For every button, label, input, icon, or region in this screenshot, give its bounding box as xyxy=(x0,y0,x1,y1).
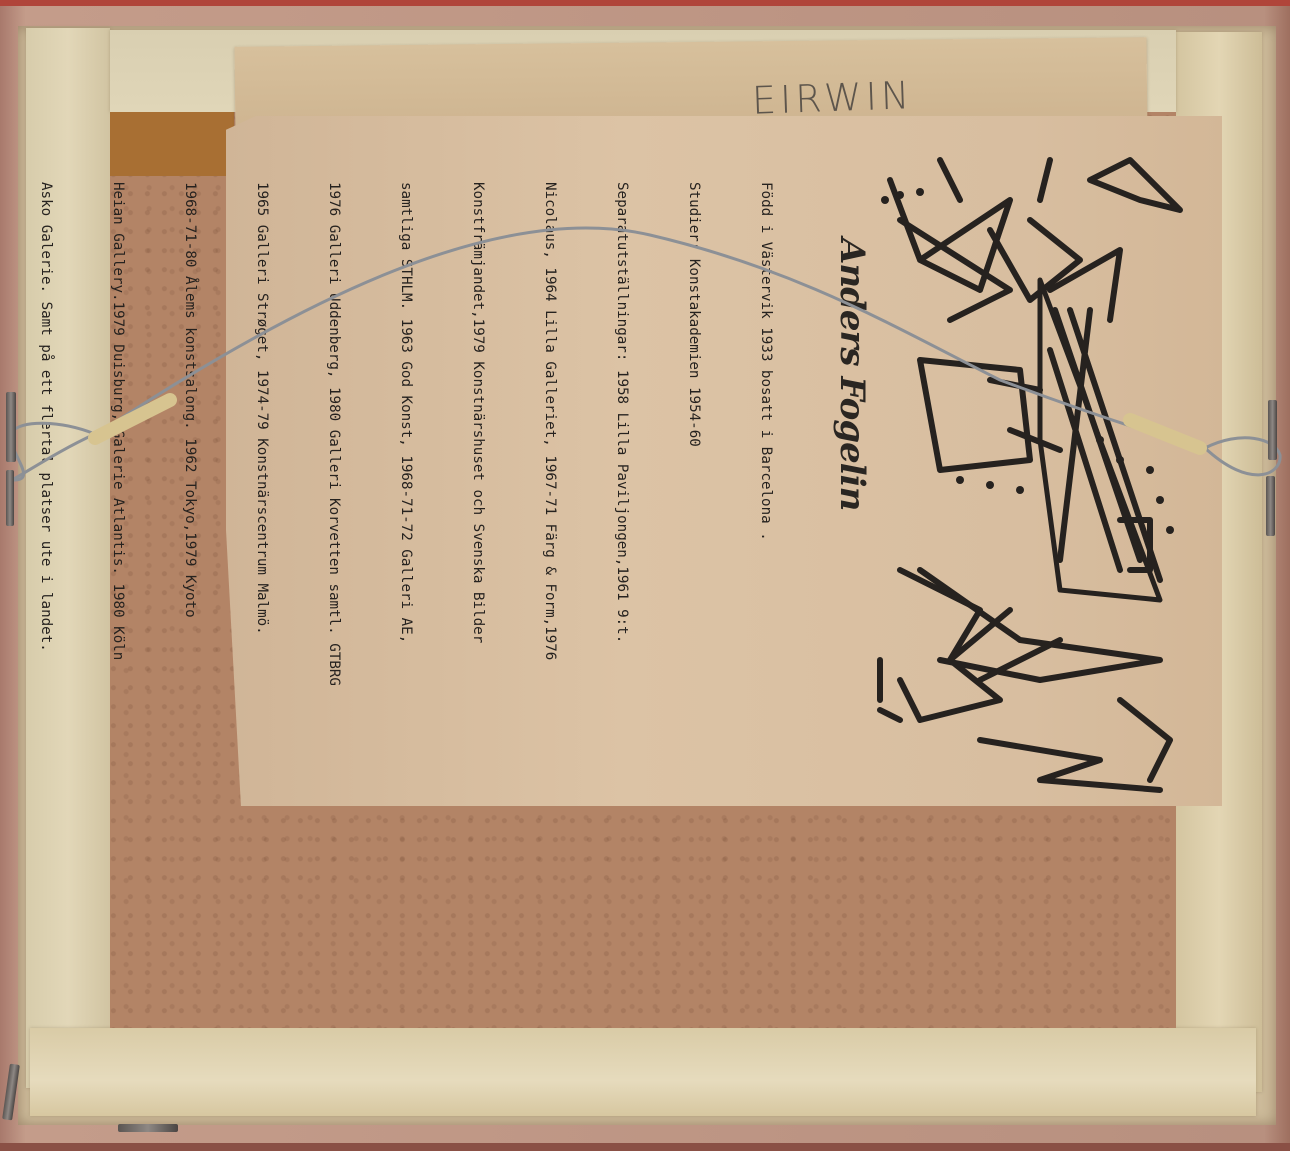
frame-clip-right-lower xyxy=(1266,476,1275,536)
frame-clip-left-upper xyxy=(6,392,16,462)
bio-line: Född i Västervik 1933 bosatt i Barcelona… xyxy=(754,182,778,686)
masking-tape-bottom xyxy=(30,1028,1256,1116)
biography-text: Född i Västervik 1933 bosatt i Barcelona… xyxy=(0,182,826,686)
bio-line: samtliga STHLM. 1963 God Konst, 1968-71-… xyxy=(394,182,418,686)
bio-line: 1965 Galleri Strøget, 1974-79 Konstnärsc… xyxy=(250,182,274,686)
bio-line: Nicolaus, 1964 Lilla Galleriet, 1967-71 … xyxy=(538,182,562,686)
bio-line: Studier: Konstakademien 1954-60 xyxy=(682,182,706,686)
bio-line: Konstfrämjandet,1979 Konstnärshuset och … xyxy=(466,182,490,686)
bio-line: 1968-71-80 Ålems konstsalong. 1962 Tokyo… xyxy=(178,182,202,686)
ink-drawing-icon xyxy=(860,140,1220,800)
frame-clip-bottom xyxy=(118,1124,178,1132)
bio-line: Asko Galerie. Samt på ett flertal platse… xyxy=(34,182,58,686)
hardboard-patch xyxy=(110,112,234,176)
frame-clip-left-lower xyxy=(6,470,14,526)
artist-signature: Anders Fogelin xyxy=(832,238,872,510)
bio-line: 1976 Galleri Uddenberg, 1980 Galleri Kor… xyxy=(322,182,346,686)
bio-line: Heian Gallery.1979 Duisburg, Galerie Atl… xyxy=(106,182,130,686)
frame-clip-right-upper xyxy=(1268,400,1277,460)
pencil-inscription: EIRWIN xyxy=(751,73,914,123)
bio-line: Separatutställningar: 1958 Lilla Paviljo… xyxy=(610,182,634,686)
